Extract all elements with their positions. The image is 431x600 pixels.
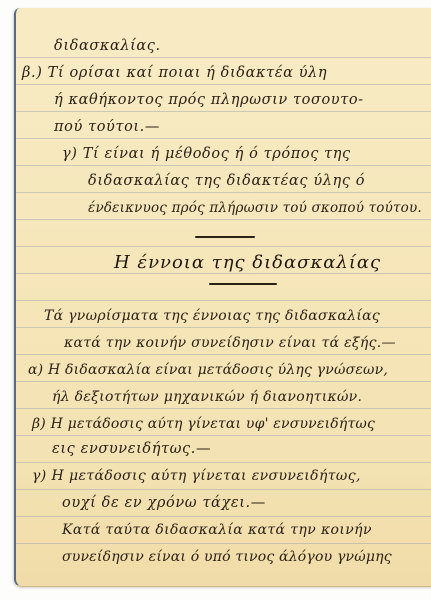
text-line: ουχί δε εν χρόνω τάχει.— <box>62 495 266 511</box>
item-text: Η μετάδοσις αύτη γίνεται ενσυνειδήτως, <box>52 468 361 484</box>
list-item-b: β.) Τί ορίσαι καί ποιαι ή διδακτέα ύλη <box>22 65 327 81</box>
text-line: διδασκαλίας. <box>54 38 161 54</box>
item-label: γ) <box>62 146 78 162</box>
item-text: Η μετάδοσις αύτη γίνεται υφ' ενσυνειδήτω… <box>51 416 375 432</box>
list-item-c: γ) Τί είναι ή μέθοδος ή ό τρόπος της <box>62 146 351 162</box>
rule-line <box>16 327 431 328</box>
item-label: α) <box>28 362 43 378</box>
rule-line <box>16 408 431 409</box>
list-item-c2: γ) Η μετάδοσις αύτη γίνεται ενσυνειδήτως… <box>32 468 361 484</box>
rule-line <box>16 57 431 58</box>
text-line: πού τούτοι.— <box>54 119 160 135</box>
text-line: συνείδησιν είναι ό υπό τινος άλόγου γνώμ… <box>62 549 392 565</box>
rule-line <box>16 273 431 274</box>
notebook-page: διδασκαλίας. β.) Τί ορίσαι καί ποιαι ή δ… <box>14 8 431 587</box>
text-line: Κατά ταύτα διδασκαλία κατά την κοινήν <box>62 522 372 538</box>
rule-line <box>16 219 431 220</box>
section-heading: Η έννοια της διδασκαλίας <box>114 252 381 273</box>
list-item-b2: β) Η μετάδοσις αύτη γίνεται υφ' ενσυνειδ… <box>32 416 375 432</box>
text-line: εις ενσυνειδήτως.— <box>52 441 211 457</box>
text-line: ένδεικνυος πρός πλήρωσιν τού σκοπού τούτ… <box>88 200 422 216</box>
rule-line <box>16 165 431 166</box>
rule-line <box>16 192 431 193</box>
rule-line <box>16 462 431 463</box>
item-label: β) <box>32 416 46 432</box>
text-line: ή καθήκοντος πρός πληρωσιν τοσουτο- <box>54 92 364 108</box>
item-text: Τί ορίσαι καί ποιαι ή διδακτέα ύλη <box>48 65 328 81</box>
rule-line <box>16 138 431 139</box>
rule-line <box>16 84 431 85</box>
item-label: β.) <box>22 65 42 81</box>
rule-line <box>16 516 431 517</box>
rule-line <box>16 543 431 544</box>
rule-line <box>16 489 431 490</box>
rule-line <box>16 381 431 382</box>
text-line: διδασκαλίας της διδακτέας ύλης ό <box>88 173 365 189</box>
rule-line <box>16 300 431 301</box>
heading-rule-top <box>195 236 255 238</box>
item-text: Τί είναι ή μέθοδος ή ό τρόπος της <box>83 146 351 162</box>
rule-line <box>16 111 431 112</box>
list-item-a: α) Η διδασκαλία είναι μετάδοσις ύλης γνώ… <box>28 362 388 378</box>
text-line: Τά γνωρίσματα της έννοιας της διδασκαλία… <box>44 308 380 324</box>
text-line: κατά την κοινήν συνείδησιν είναι τά εξής… <box>64 335 396 351</box>
rule-line <box>16 435 431 436</box>
rule-line <box>16 354 431 355</box>
item-label: γ) <box>32 468 47 484</box>
heading-rule-bottom <box>209 283 277 285</box>
text-line: ήλ δεξιοτήτων μηχανικών ή διανοητικών. <box>52 389 362 405</box>
rule-line <box>16 246 431 247</box>
item-text: Η διδασκαλία είναι μετάδοσις ύλης γνώσεω… <box>48 362 388 378</box>
